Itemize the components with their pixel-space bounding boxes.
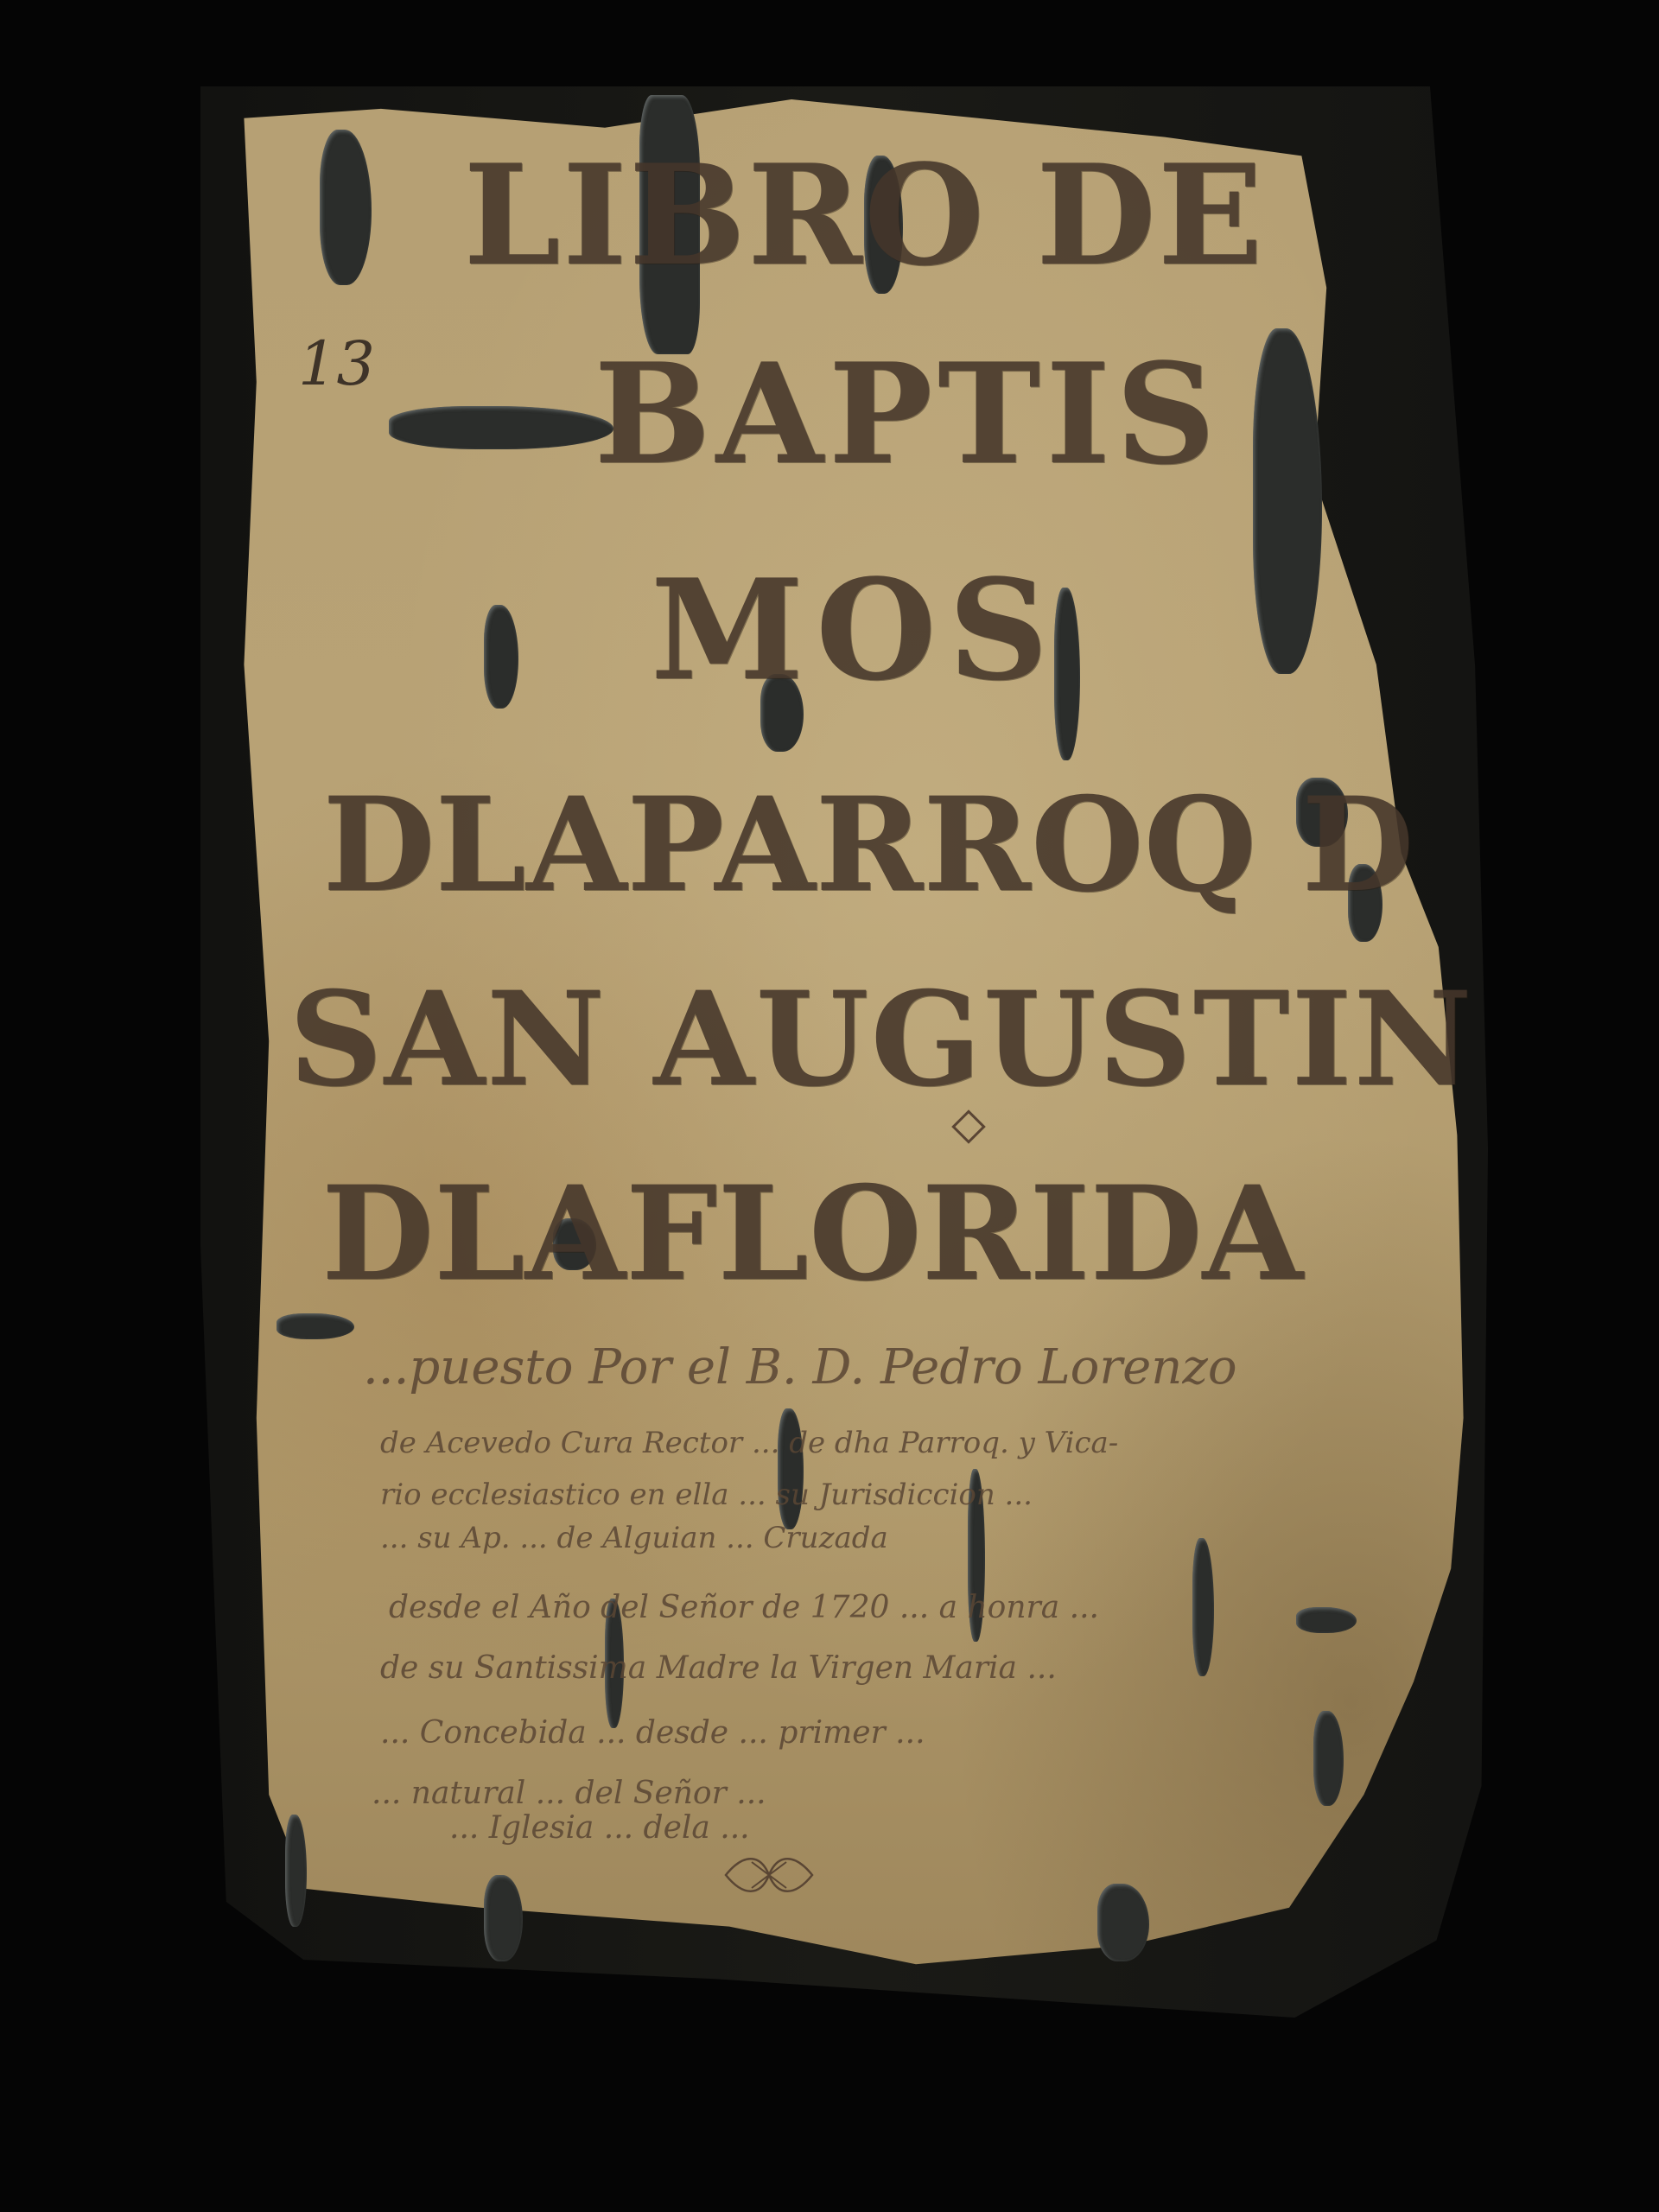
script-line-6: de su Santissima Madre la Virgen Maria .… [380, 1650, 1057, 1686]
title-line-2: BAPTIS [78, 333, 1659, 495]
title-line-6: DLAFLORIDA [0, 1158, 1642, 1310]
script-line-5: desde el Año del Señor de 1720 ... a hon… [389, 1590, 1099, 1625]
script-line-8: ... natural ... del Señor ... [372, 1776, 766, 1811]
script-line-2: de Acevedo Cura Rector ... de dha Parroq… [380, 1426, 1118, 1460]
script-line-1: ...puesto Por el B. D. Pedro Lorenzo [363, 1339, 1237, 1395]
title-line-4: DLAPARROQ D [39, 769, 1659, 921]
script-line-9: ... Iglesia ... dela ... [449, 1810, 750, 1846]
title-line-1: LIBRO DE [35, 134, 1659, 296]
title-line-5: SAN AUGUSTIN [52, 963, 1659, 1116]
script-line-3: rio ecclesiastico en ella ... su Jurisdi… [380, 1478, 1033, 1512]
rubric-flourish-icon [717, 1849, 821, 1901]
script-line-4: ... su Ap. ... de Alguian ... Cruzada [380, 1521, 888, 1555]
title-line-3: MOS [26, 549, 1659, 711]
script-line-7: ... Concebida ... desde ... primer ... [380, 1715, 925, 1751]
